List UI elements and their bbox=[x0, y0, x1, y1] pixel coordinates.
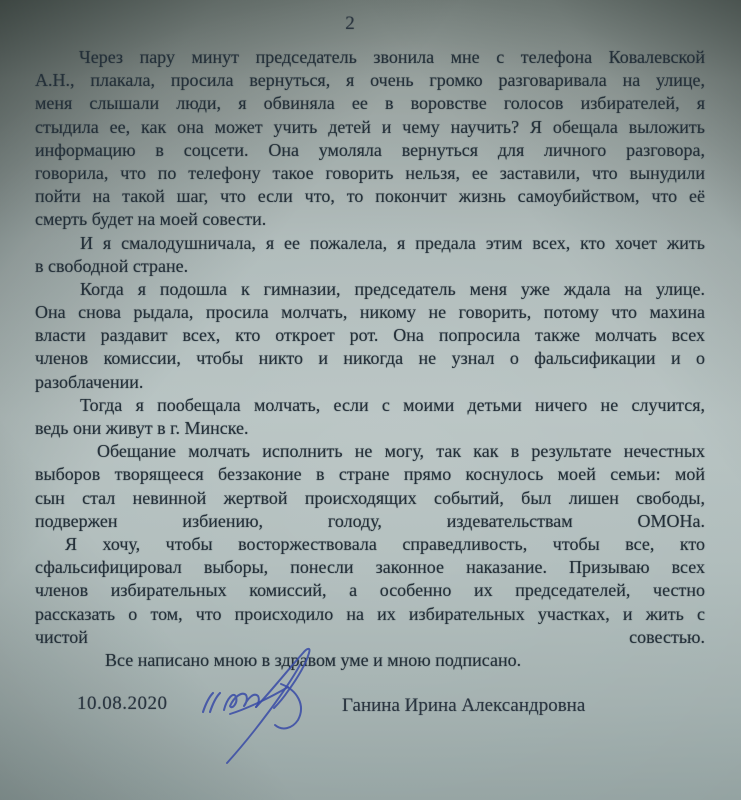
text-line: Тогда я пообещала молчать, если с моими … bbox=[35, 394, 705, 417]
text-line: разоблачении. bbox=[35, 371, 705, 394]
signature-date: 10.08.2020 bbox=[77, 693, 168, 715]
text-line: стыдила ее, как она может учить детей и … bbox=[35, 116, 705, 139]
text-line: Обещание молчать исполнить не могу, так … bbox=[35, 440, 705, 463]
text-line: ведь они живут в г. Минске. bbox=[35, 417, 705, 440]
text-line: Она снова рыдала, просила молчать, ником… bbox=[35, 301, 705, 324]
text-line: Все написано мною в здравом уме и мною п… bbox=[35, 649, 705, 672]
text-line: А.Н., плакала, просила вернуться, я очен… bbox=[35, 69, 705, 92]
text-line: власти раздавит всех, кто откроет рот. О… bbox=[35, 324, 705, 347]
text-line: говорила, что по телефону такое говорить… bbox=[35, 162, 705, 185]
text-line: членов комиссии, чтобы никто и никогда н… bbox=[35, 347, 705, 370]
document-photo: 2 Через пару минут председатель звонила … bbox=[0, 0, 741, 800]
text-line: Через пару минут председатель звонила мн… bbox=[35, 46, 705, 69]
text-line: Когда я подошла к гимназии, председатель… bbox=[35, 278, 705, 301]
text-line: пойти на такой шаг, что если что, то пок… bbox=[35, 185, 705, 208]
text-line: информацию в соцсети. Она умоляла вернут… bbox=[35, 139, 705, 162]
text-line: подвержен избиению, голоду, издевательст… bbox=[35, 510, 705, 533]
document-body: Через пару минут председатель звонила мн… bbox=[35, 46, 705, 672]
text-line: меня слышали люди, я обвиняла ее в воров… bbox=[35, 92, 705, 115]
text-line: Я хочу, чтобы восторжествовала справедли… bbox=[35, 533, 705, 556]
text-line: И я смалодушничала, я ее пожалела, я пре… bbox=[35, 232, 705, 255]
page-number: 2 bbox=[0, 13, 700, 35]
text-line: сын стал невинной жертвой происходящих с… bbox=[35, 487, 705, 510]
handwritten-signature-icon bbox=[193, 636, 325, 774]
text-line: в свободной стране. bbox=[35, 255, 705, 278]
text-line: сфальсифицировал выборы, понесли законно… bbox=[35, 556, 705, 579]
text-line: смерть будет на моей совести. bbox=[35, 208, 705, 231]
signatory-name: Ганина Ирина Александровна bbox=[342, 695, 585, 717]
text-line: выборов творящееся беззаконие в стране п… bbox=[35, 463, 705, 486]
text-line: членов избирательных комиссий, а особенн… bbox=[35, 579, 705, 602]
text-line: чистой совестью. bbox=[35, 626, 705, 649]
text-line: рассказать о том, что происходило на их … bbox=[35, 603, 705, 626]
